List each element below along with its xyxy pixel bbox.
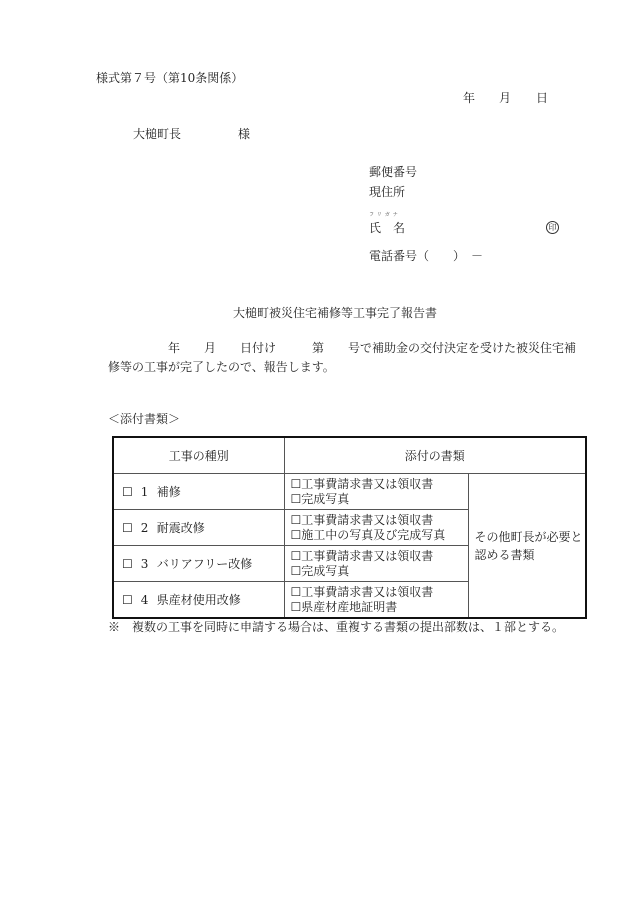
work-type-label: 耐震改修 (157, 521, 205, 535)
addressee-honorific: 様 (238, 128, 250, 140)
date-year-label: 年 (463, 92, 475, 104)
doc-checkbox-item[interactable]: ☐工事費請求書又は領収書 (291, 513, 468, 528)
work-type-number: 4 (141, 593, 157, 607)
body-line-1: 年 月 日付け 第 号で補助金の交付決定を受けた被災住宅補 (168, 342, 576, 354)
docs-cell: ☐工事費請求書又は領収書 ☐完成写真 (284, 474, 468, 510)
other-docs-cell: その他町長が必要と 認める書類 (468, 474, 586, 619)
work-type-cell: ☐4県産材使用改修 (113, 582, 284, 619)
other-docs-line-1: その他町長が必要と (475, 528, 586, 546)
date-month-label: 月 (499, 92, 511, 104)
work-type-cell: ☐2耐震改修 (113, 510, 284, 546)
other-docs-line-2: 認める書類 (475, 546, 586, 564)
doc-checkbox-item[interactable]: ☐施工中の写真及び完成写真 (291, 528, 468, 543)
docs-cell: ☐工事費請求書又は領収書 ☐施工中の写真及び完成写真 (284, 510, 468, 546)
work-type-label: バリアフリー改修 (157, 557, 253, 571)
form-number: 様式第７号（第10条関係） (96, 72, 243, 84)
furigana-label: フリガナ (369, 213, 401, 218)
doc-checkbox-item[interactable]: ☐工事費請求書又は領収書 (291, 477, 468, 492)
work-type-label: 補修 (157, 485, 181, 499)
table-row: ☐1補修 ☐工事費請求書又は領収書 ☐完成写真 その他町長が必要と 認める書類 (113, 474, 586, 510)
name-label: 氏 名 (369, 222, 405, 234)
work-type-cell: ☐3バリアフリー改修 (113, 546, 284, 582)
body-line-2: 修等の工事が完了したので、報告します。 (108, 361, 335, 373)
doc-checkbox-item[interactable]: ☐工事費請求書又は領収書 (291, 585, 468, 600)
attachments-heading: ＜添付書類＞ (108, 413, 180, 425)
doc-checkbox-item[interactable]: ☐完成写真 (291, 564, 468, 579)
postal-code-label: 郵便番号 (369, 166, 417, 178)
work-type-cell: ☐1補修 (113, 474, 284, 510)
address-label: 現住所 (369, 186, 405, 198)
phone-label: 電話番号（ ） － (369, 250, 483, 262)
work-type-checkbox[interactable]: ☐ (122, 521, 133, 535)
work-type-label: 県産材使用改修 (157, 593, 241, 607)
work-type-number: 2 (141, 521, 157, 535)
doc-checkbox-item[interactable]: ☐完成写真 (291, 492, 468, 507)
footnote: ※ 複数の工事を同時に申請する場合は、重複する書類の提出部数は、１部とする。 (108, 621, 564, 633)
doc-checkbox-item[interactable]: ☐工事費請求書又は領収書 (291, 549, 468, 564)
work-type-checkbox[interactable]: ☐ (122, 485, 133, 499)
table-header-row: 工事の種別 添付の書類 (113, 437, 586, 474)
work-type-checkbox[interactable]: ☐ (122, 557, 133, 571)
addressee-name: 大槌町長 (133, 128, 181, 140)
date-day-label: 日 (536, 92, 548, 104)
header-work-type: 工事の種別 (113, 437, 284, 474)
doc-checkbox-item[interactable]: ☐県産材産地証明書 (291, 600, 468, 615)
document-title: 大槌町被災住宅補修等工事完了報告書 (233, 307, 437, 319)
work-type-number: 1 (141, 485, 157, 499)
docs-cell: ☐工事費請求書又は領収書 ☐県産材産地証明書 (284, 582, 468, 619)
attachments-table: 工事の種別 添付の書類 ☐1補修 ☐工事費請求書又は領収書 ☐完成写真 その他町… (112, 436, 587, 619)
header-attached-docs: 添付の書類 (284, 437, 586, 474)
docs-cell: ☐工事費請求書又は領収書 ☐完成写真 (284, 546, 468, 582)
work-type-number: 3 (141, 557, 157, 571)
seal-icon: 印 (546, 221, 559, 234)
work-type-checkbox[interactable]: ☐ (122, 593, 133, 607)
